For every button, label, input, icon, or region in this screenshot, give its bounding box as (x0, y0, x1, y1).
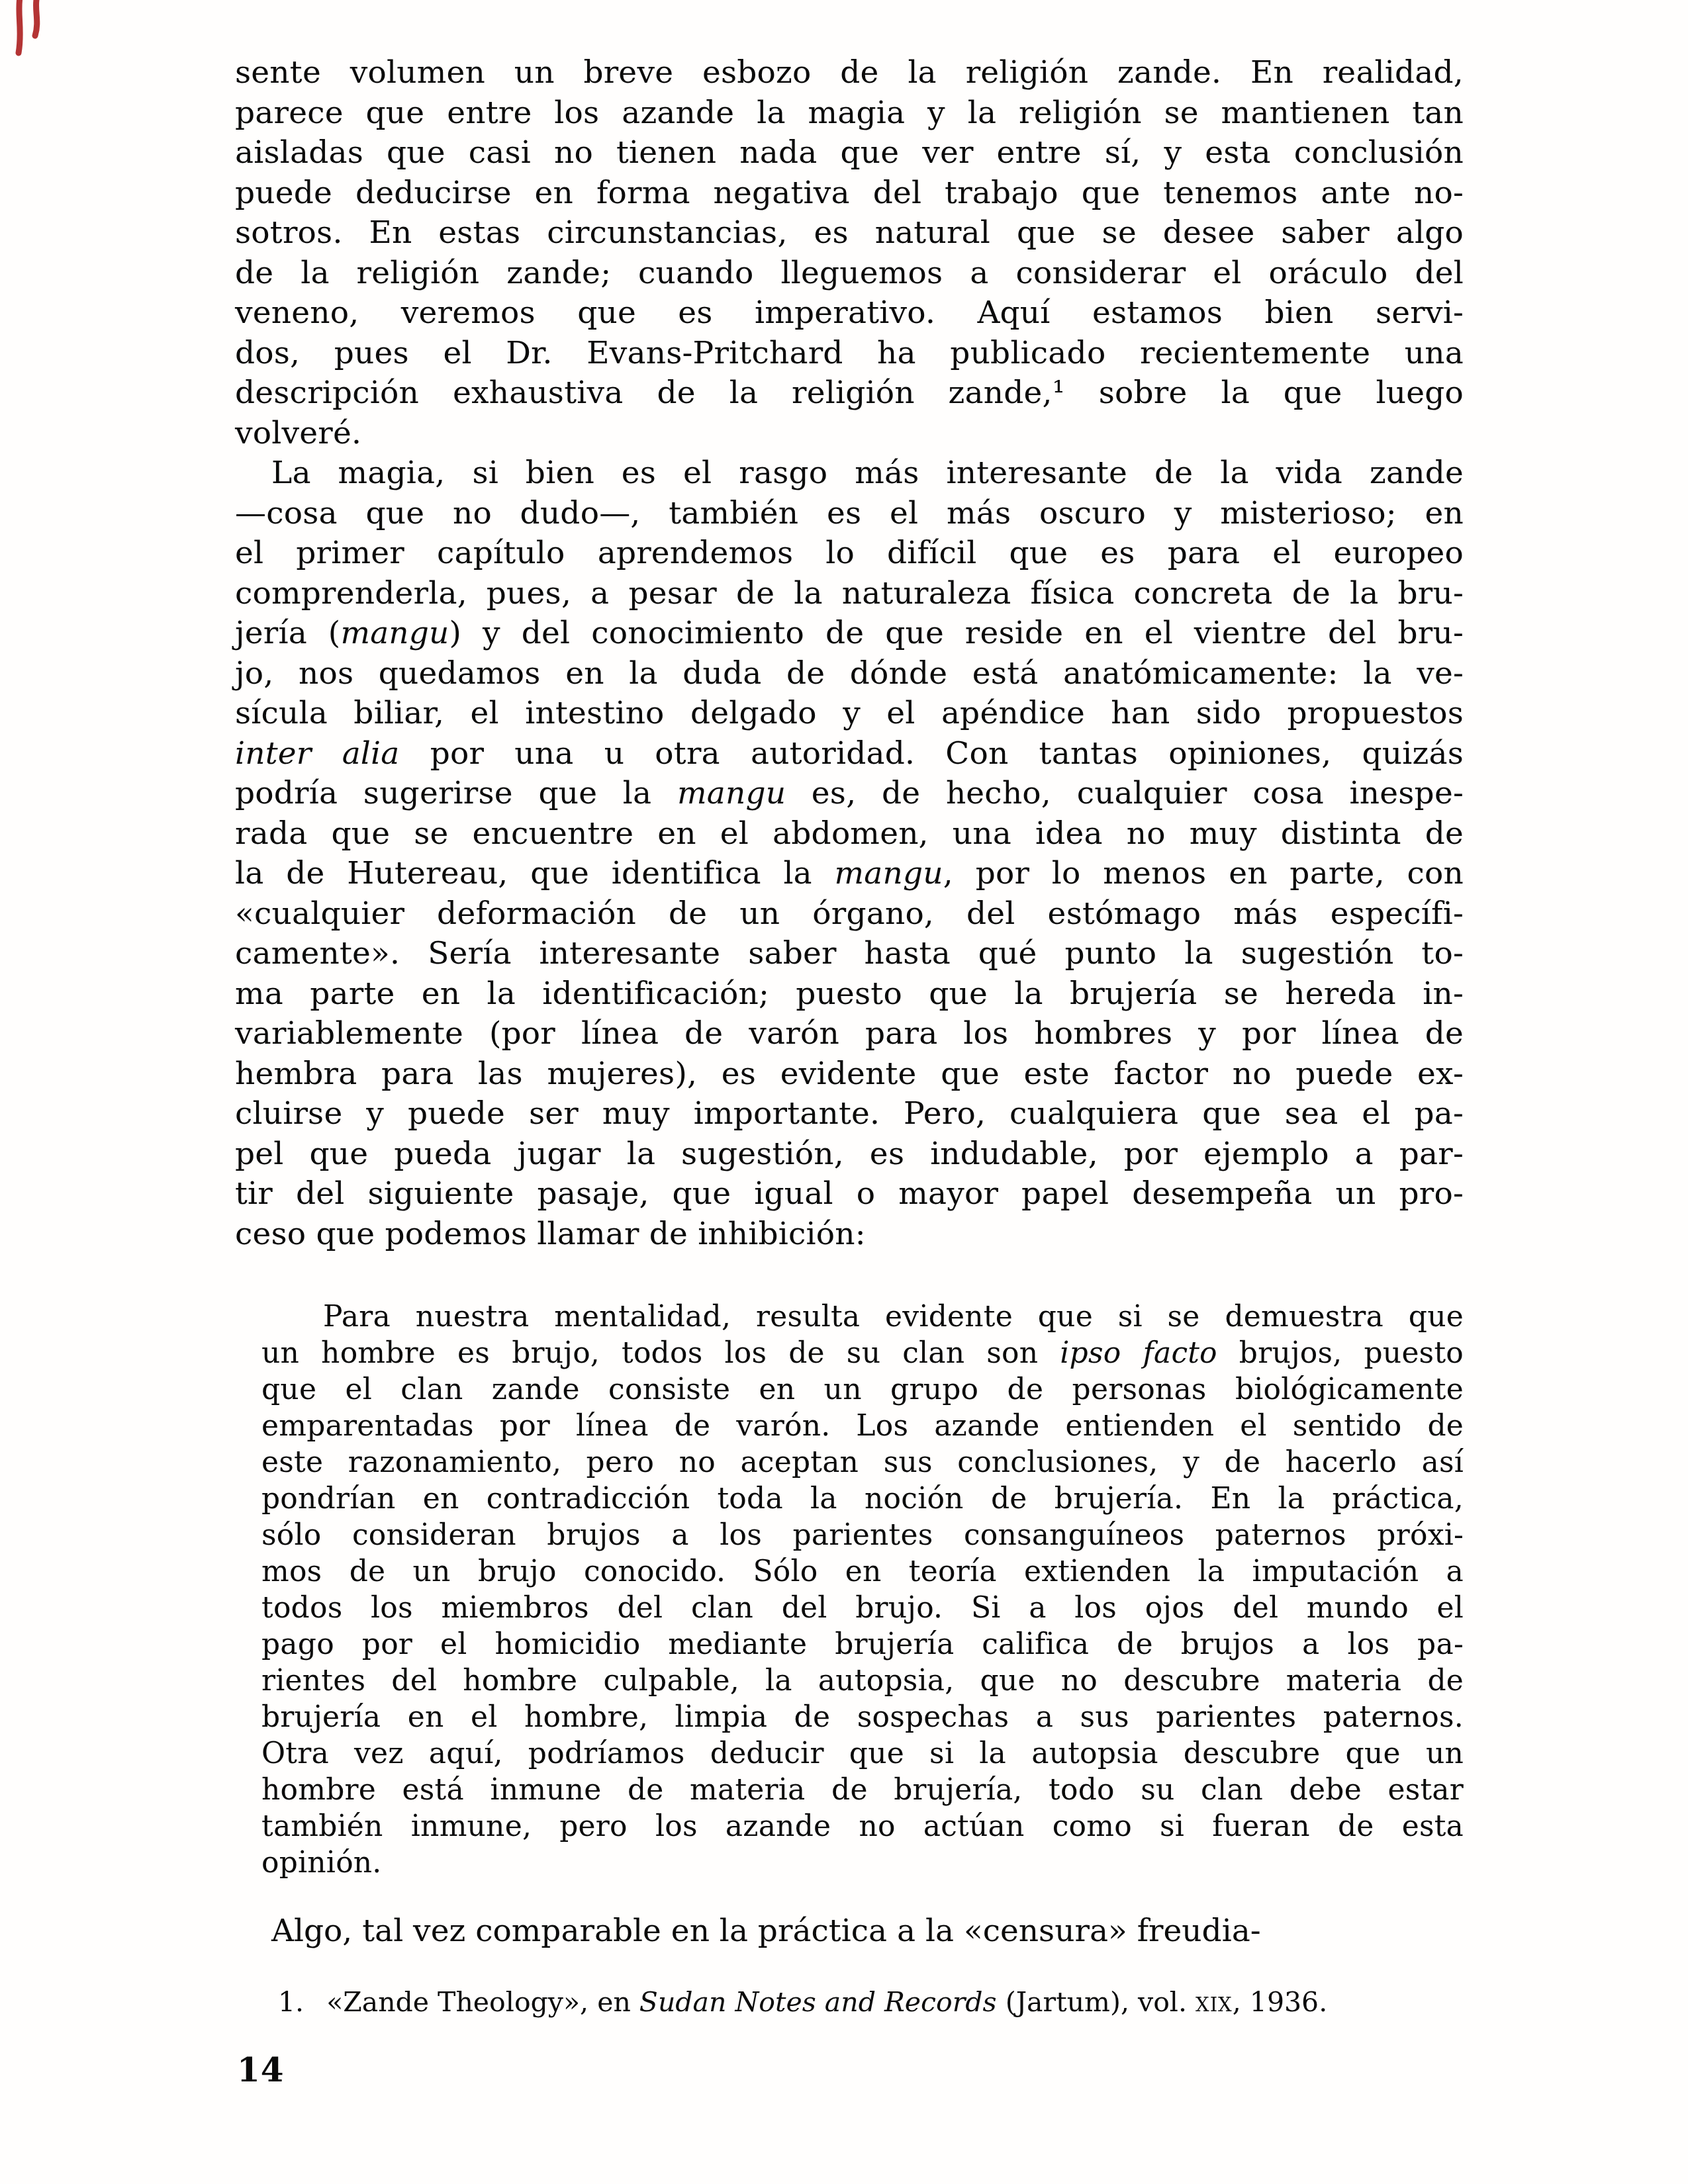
text-line: volveré. (235, 414, 1464, 454)
text-line: emparentadas por línea de varón. Los aza… (261, 1408, 1464, 1444)
text-line: mos de un brujo conocido. Sólo en teoría… (261, 1553, 1464, 1590)
text-line: inter alia por una u otra autoridad. Con… (235, 734, 1464, 774)
main-text-column: sente volumen un breve esbozo de la reli… (235, 53, 1464, 1254)
text-line: que el clan zande consiste en un grupo d… (261, 1371, 1464, 1408)
text-line: pel que pueda jugar la sugestión, es ind… (235, 1134, 1464, 1175)
text-line: rada que se encuentre en el abdomen, una… (235, 814, 1464, 854)
text-line: Otra vez aquí, podríamos deducir que si … (261, 1735, 1464, 1772)
text-line: «cualquier deformación de un órgano, del… (235, 894, 1464, 934)
block-quote: Para nuestra mentalidad, resulta evident… (261, 1298, 1464, 1881)
text-line: podría sugerirse que la mangu es, de hec… (235, 774, 1464, 814)
text-line: Algo, tal vez comparable en la práctica … (235, 1911, 1464, 1951)
text-line: sícula biliar, el intestino delgado y el… (235, 694, 1464, 734)
text-line: comprenderla, pues, a pesar de la natura… (235, 574, 1464, 614)
footnote-text: «Zande Theology», en Sudan Notes and Rec… (326, 1986, 1327, 2018)
text-line: parece que entre los azande la magia y l… (235, 93, 1464, 134)
scanned-book-page: sente volumen un breve esbozo de la reli… (0, 0, 1688, 2184)
text-line: variablemente (por línea de varón para l… (235, 1014, 1464, 1054)
paragraph-3: Algo, tal vez comparable en la práctica … (235, 1911, 1464, 1951)
text-line: un hombre es brujo, todos los de su clan… (261, 1335, 1464, 1371)
text-line: pondrían en contradicción toda la noción… (261, 1480, 1464, 1517)
text-line: camente». Sería interesante saber hasta … (235, 934, 1464, 974)
text-line: hembra para las mujeres), es evidente qu… (235, 1054, 1464, 1095)
text-line: puede deducirse en forma negativa del tr… (235, 173, 1464, 214)
text-line: —cosa que no dudo—, también es el más os… (235, 494, 1464, 534)
text-line: Para nuestra mentalidad, resulta evident… (261, 1298, 1464, 1335)
footnote-marker: 1. (278, 1986, 304, 2018)
text-line: sotros. En estas circunstancias, es natu… (235, 213, 1464, 253)
text-line: cluirse y puede ser muy importante. Pero… (235, 1094, 1464, 1134)
text-line: veneno, veremos que es imperativo. Aquí … (235, 293, 1464, 334)
red-pen-mark (11, 0, 64, 69)
text-line: jería (mangu) y del conocimiento de que … (235, 614, 1464, 654)
text-line: La magia, si bien es el rasgo más intere… (235, 453, 1464, 494)
text-line: pago por el homicidio mediante brujería … (261, 1626, 1464, 1662)
text-line: jo, nos quedamos en la duda de dónde est… (235, 654, 1464, 694)
red-pen-stroke-1 (19, 0, 20, 53)
text-line: sólo consideran brujos a los parientes c… (261, 1517, 1464, 1553)
text-line: hombre está inmune de materia de brujerí… (261, 1772, 1464, 1808)
text-line: aisladas que casi no tienen nada que ver… (235, 133, 1464, 173)
text-line: rientes del hombre culpable, la autopsia… (261, 1662, 1464, 1699)
page-number: 14 (237, 2050, 285, 2089)
text-line: de la religión zande; cuando lleguemos a… (235, 253, 1464, 294)
text-line: opinión. (261, 1844, 1464, 1881)
text-line: descripción exhaustiva de la religión za… (235, 373, 1464, 414)
text-line: la de Hutereau, que identifica la mangu,… (235, 854, 1464, 894)
text-line: ceso que podemos llamar de inhibición: (235, 1214, 1464, 1255)
text-line: también inmune, pero los azande no actúa… (261, 1808, 1464, 1844)
paragraph-1: sente volumen un breve esbozo de la reli… (235, 53, 1464, 453)
footnote: 1.«Zande Theology», en Sudan Notes and R… (278, 1985, 1403, 2019)
text-line: dos, pues el Dr. Evans-Pritchard ha publ… (235, 334, 1464, 374)
text-line: el primer capítulo aprendemos lo difícil… (235, 533, 1464, 574)
text-line: sente volumen un breve esbozo de la reli… (235, 53, 1464, 93)
text-line: todos los miembros del clan del brujo. S… (261, 1590, 1464, 1626)
text-line: este razonamiento, pero no aceptan sus c… (261, 1444, 1464, 1480)
paragraph-2: La magia, si bien es el rasgo más intere… (235, 453, 1464, 1254)
text-line: tir del siguiente pasaje, que igual o ma… (235, 1174, 1464, 1214)
text-line: ma parte en la identificación; puesto qu… (235, 974, 1464, 1015)
text-line: brujería en el hombre, limpia de sospech… (261, 1699, 1464, 1735)
red-pen-stroke-2 (35, 0, 37, 36)
